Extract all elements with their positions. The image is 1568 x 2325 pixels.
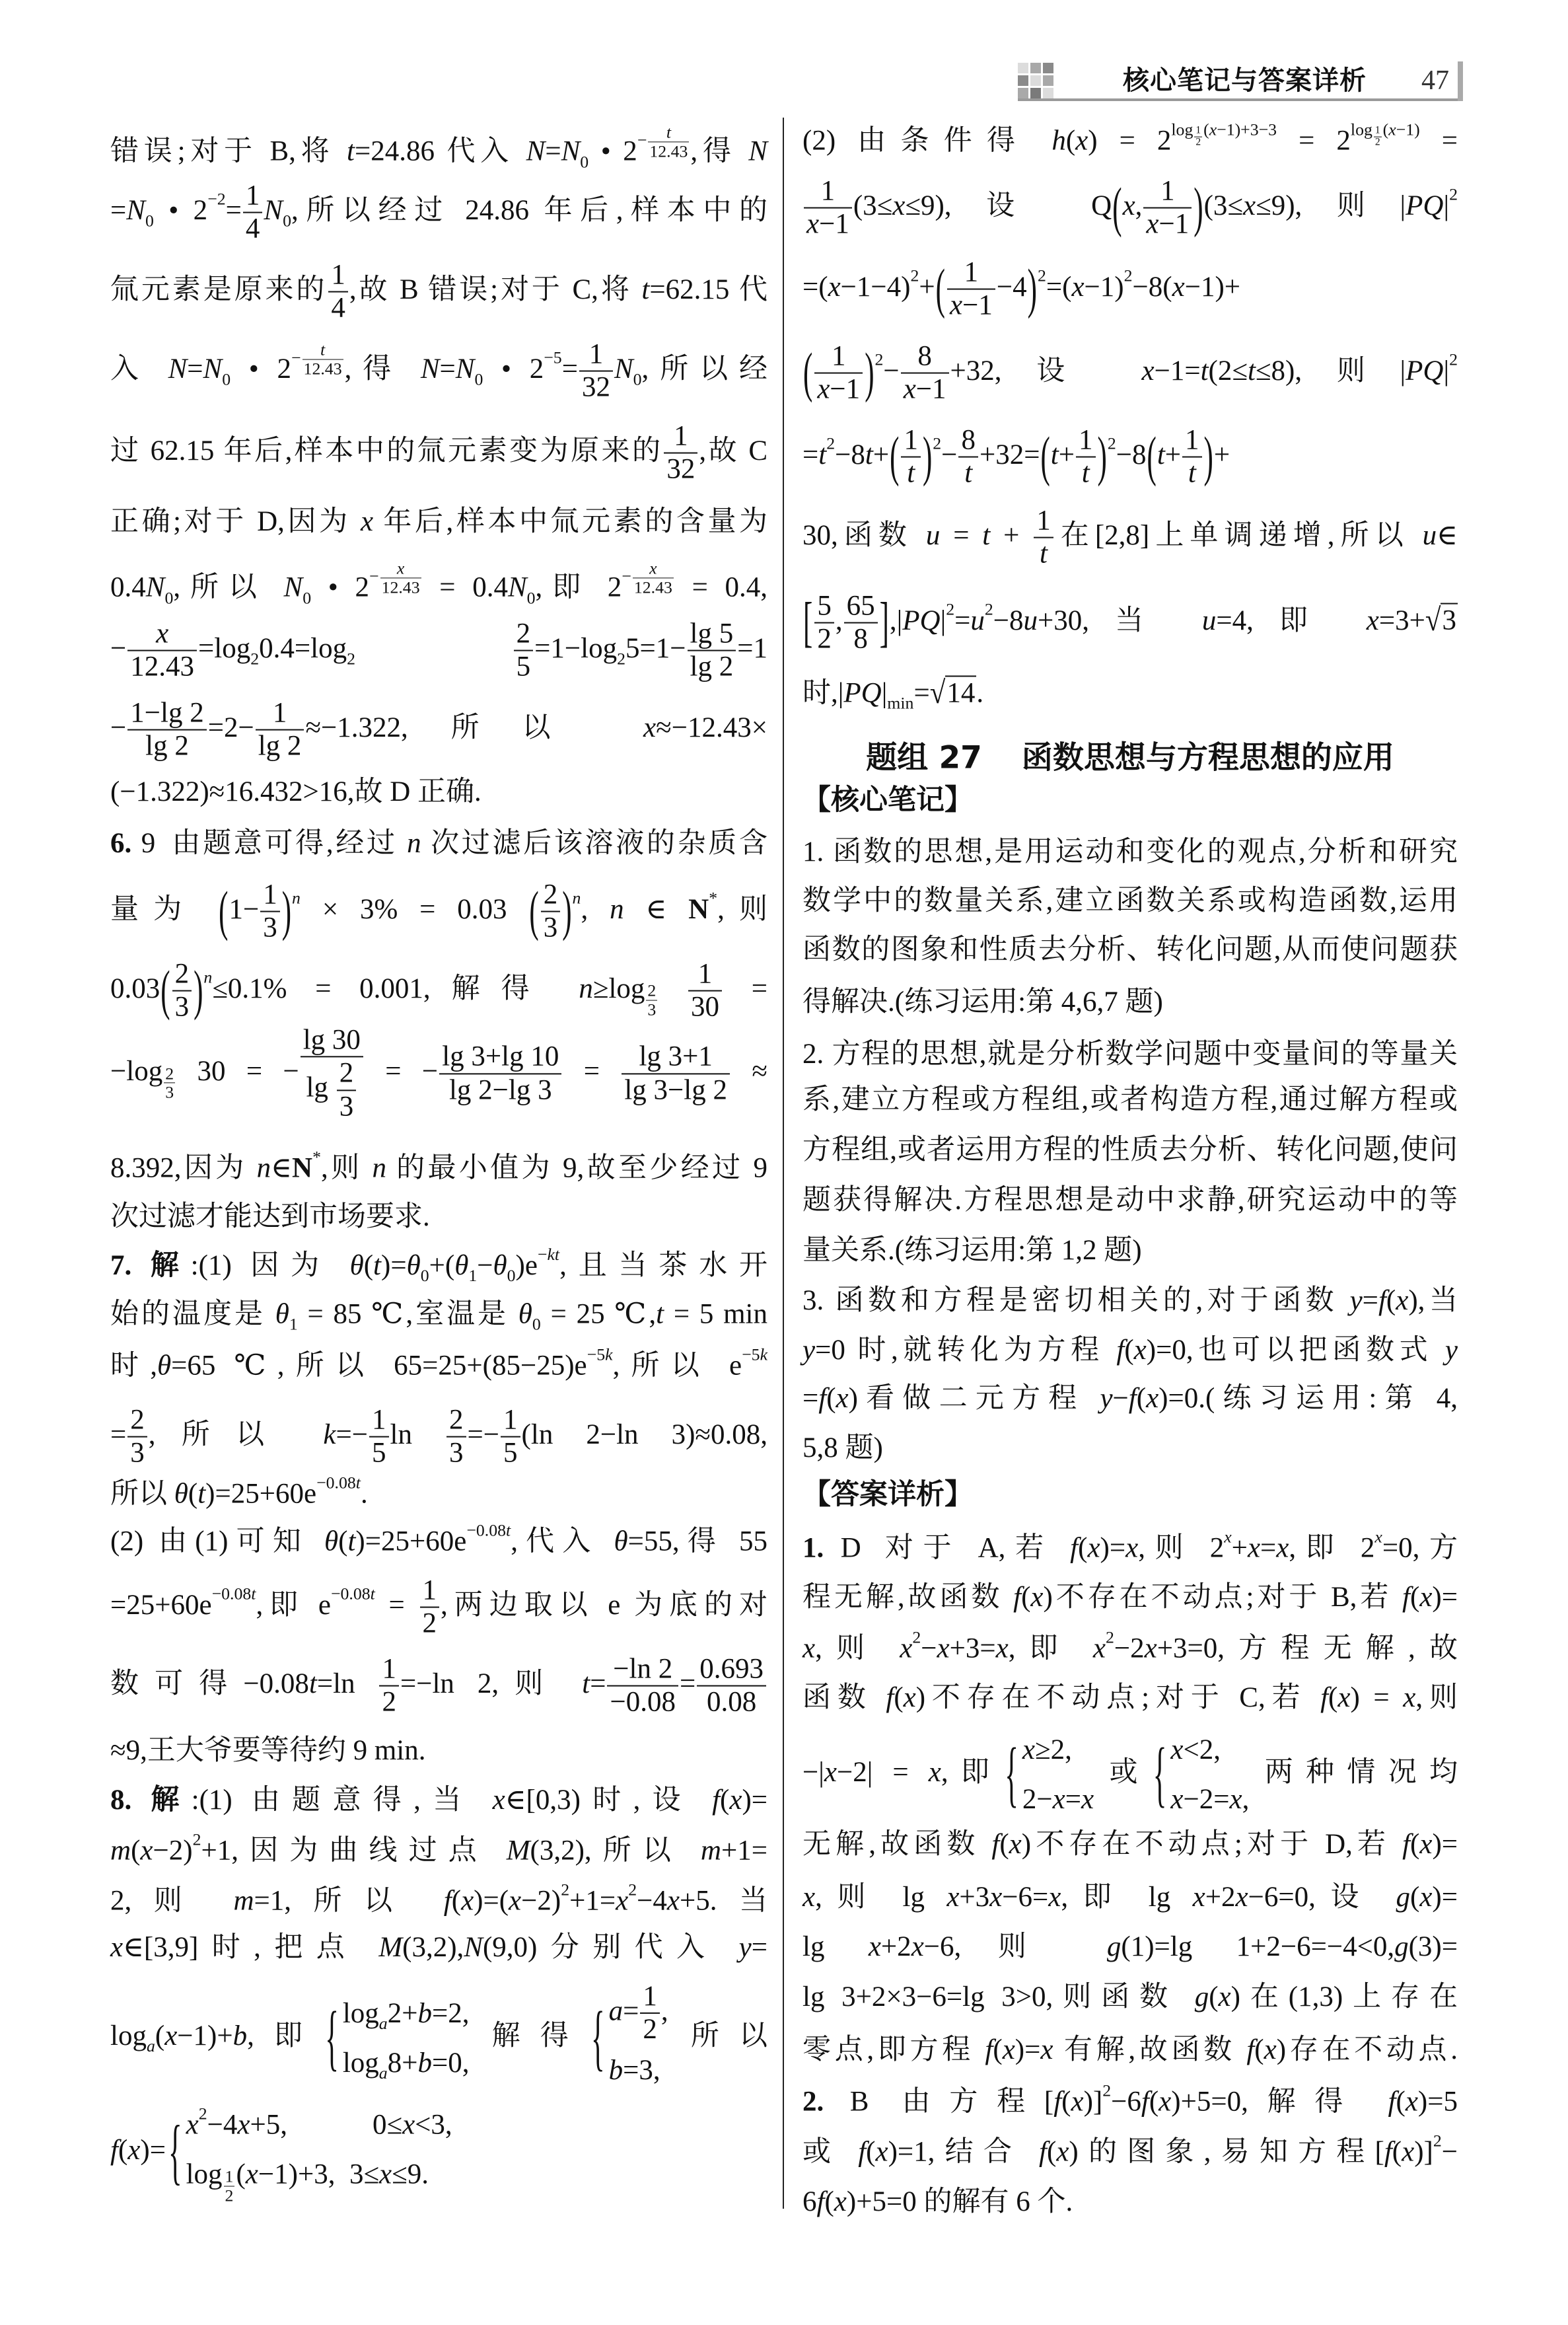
text-run: 5 [372, 1438, 386, 1469]
text-run: 2 [1433, 2131, 1442, 2151]
text-run: 量为 [110, 894, 218, 925]
text-run: 1 [964, 257, 979, 288]
radical-sign-icon [930, 673, 946, 713]
numerator: x [380, 559, 421, 578]
text-run: 2 [912, 1628, 921, 1647]
text-run: =62.15 代 [649, 274, 767, 305]
math-variable: x [1009, 1829, 1022, 1860]
numerator: 0.693 [697, 1654, 766, 1687]
text-run: =0, [432, 2048, 470, 2079]
large-delimiter: ) [923, 429, 932, 485]
text-run: lg 2 [145, 731, 189, 762]
text-run: −1)+ [1185, 272, 1240, 303]
subscript: 0 [164, 589, 173, 607]
text-line: 或 f(x)=1,结合 f(x)的图象,易知方程[f(x)]2− [802, 2133, 1458, 2170]
text-line: 无解,故函数 f(x)不存在不动点;对于 D,若 f(x)= [802, 1827, 1458, 1863]
text-run: lg 3−lg 2 [624, 1074, 727, 1105]
math-variable: m [701, 1835, 721, 1866]
denominator: 12.43 [303, 360, 343, 379]
text-line: 1x−1(3≤x≤9),设 Q(x,1x−1)(3≤x≤9),则|PQ|2 [802, 176, 1458, 240]
math-variable: x [817, 374, 830, 405]
text-run: )= [1432, 1882, 1458, 1913]
text-run: ( [338, 1526, 347, 1557]
denominator: x−1 [901, 374, 949, 405]
text-run: 数可得−0.08 [110, 1668, 309, 1699]
text-run: )e [516, 1250, 538, 1281]
denominator: 3 [127, 1438, 147, 1469]
numerator: 1 [328, 260, 348, 293]
text-run: −0.08 [610, 1687, 676, 1718]
math-variable: t [371, 1584, 375, 1604]
text-run: (9,0)分别代入 [483, 1932, 739, 1963]
math-variable: t [907, 458, 915, 489]
text-run: )=5 [1418, 2086, 1458, 2118]
text-run: ,所以 [149, 1419, 324, 1450]
text-run: +1= [569, 1886, 616, 1917]
text-run: )=( [474, 1886, 509, 1917]
math-variable: PQ [1406, 190, 1443, 221]
text-run: 2 [1195, 137, 1201, 148]
math-variable: n [579, 973, 593, 1004]
text-run: (1)=lg 1+2−6=−4<0, [1121, 1931, 1394, 1962]
math-variable: x [1022, 1734, 1035, 1765]
text-run: = [723, 973, 767, 1004]
large-delimiter: ) [282, 884, 291, 940]
denominator: x−1 [804, 209, 852, 240]
text-run: −1) [1396, 120, 1420, 139]
text-run: × 3% = 0.03 [301, 894, 528, 925]
text-run: 3. 函数和方程是密切相关的,对于函数 [802, 1285, 1350, 1316]
math-variable: a [379, 2063, 388, 2083]
text-run: = [954, 605, 970, 636]
text-line: =t2−8t+(1t)2−8t+32=(t+1t)2−8(t+1t)+ [802, 425, 1458, 490]
text-line: 6. 9 由题意可得,经过 n 次过滤后该溶液的杂质含 [110, 826, 767, 862]
text-run: lg 3+2×3−6=lg 3>0,则函数 [802, 1981, 1195, 2012]
text-run: 氚元素是原来的 [110, 274, 327, 305]
superscript: −5 [544, 350, 561, 367]
math-variable: t [356, 1473, 361, 1493]
superscript: * [312, 1149, 321, 1166]
text-run: ≈−12.43× [656, 712, 767, 743]
subscript: 1 [468, 1267, 477, 1284]
text-run: ,则 [1415, 1682, 1458, 1713]
math-variable: x [1146, 209, 1158, 240]
subscript: 0 [532, 1316, 541, 1333]
text-run: ∈[0,3)时,设 [505, 1785, 712, 1816]
math-variable: t [347, 1526, 355, 1557]
math-variable: x [127, 2135, 140, 2166]
text-run: =65 ℃,所以 65=25+(85−25)e [171, 1350, 587, 1382]
superscript: −kt [538, 1246, 559, 1263]
text-run: =4,即 [1216, 605, 1366, 636]
text-line: 系,建立方程或方程组,或者构造方程,通过解方程或 [802, 1082, 1458, 1118]
text-run: (ln 2−ln 3)≈0.08, [522, 1419, 767, 1450]
text-run: +1,因为曲线过点 [201, 1835, 506, 1866]
subscript: 0 [633, 371, 642, 388]
text-run: − [921, 1633, 937, 1664]
text-run: 函数 [802, 1682, 886, 1713]
denominator: 2 [640, 2014, 660, 2045]
text-run [659, 973, 687, 1004]
text-run: = 0.4, [675, 572, 767, 603]
superscript: * [709, 890, 717, 907]
math-variable: x [1209, 120, 1217, 139]
text-run: )=0.(练习运用:第 4, [1158, 1383, 1458, 1414]
text-run: 量关系.(练习运用:第 1,2 题) [802, 1235, 1142, 1266]
text-line: lg 3+2×3−6=lg 3>0,则函数 g(x)在(1,3)上存在 [802, 1979, 1458, 2015]
math-variable: f [1378, 1285, 1386, 1316]
math-variable: x [996, 1633, 1009, 1664]
fraction: 12 [640, 1981, 660, 2046]
math-variable: x [649, 558, 657, 577]
text-run: ( [1203, 120, 1209, 139]
math-variable: x [379, 2159, 392, 2190]
text-run: , [581, 894, 610, 925]
superscript: −x12.43 [622, 559, 675, 597]
text-run: 错误;对于 B,将 [110, 136, 347, 167]
text-run: 0 [633, 369, 642, 388]
text-run: 时,| [802, 677, 843, 708]
math-variable: k [605, 1345, 612, 1364]
math-variable: x [1219, 1981, 1231, 2012]
text-run: 函数的图象和性质去分析、转化问题,从而使问题获 [802, 934, 1458, 965]
math-variable: x [1170, 1784, 1183, 1815]
denominator: t [958, 458, 978, 489]
text-run: 32 [582, 372, 610, 403]
cases-row: a=12, [609, 1981, 668, 2046]
bold-label: N [688, 894, 709, 925]
text-line: −log23 30 = −lg 30lg 23 = −lg 3+lg 10lg … [110, 1025, 767, 1122]
math-variable: b [417, 1998, 432, 2029]
text-run: ,即 2 [1289, 1533, 1374, 1564]
text-run: 2,则 [110, 1886, 233, 1917]
text-run: , [836, 605, 843, 636]
numerator: x [127, 619, 197, 651]
text-run: 3 [1442, 605, 1456, 636]
text-run: ( [155, 2020, 164, 2051]
text-run: )= [742, 1785, 767, 1816]
numerator: 1 [243, 181, 263, 213]
text-line: x,则 x2−x+3=x,即 x2−2x+3=0,方程无解,故 [802, 1629, 1458, 1667]
superscript: x [1224, 1529, 1231, 1546]
text-run: 题获得解决.方程思想是动中求静,研究运动中的等 [802, 1185, 1458, 1216]
text-run: =1,所以 [254, 1886, 444, 1917]
text-run: log [110, 2020, 147, 2051]
text-run: 始的温度是 [110, 1298, 275, 1329]
text-run: −4 [207, 2110, 238, 2141]
math-variable: u [1024, 605, 1038, 636]
text-run: = [623, 1995, 639, 2026]
numerator: 1 [260, 880, 280, 912]
fraction: 12 [420, 1576, 440, 1640]
text-line: 时,θ=65 ℃,所以 65=25+(85−25)e−5k,所以 e−5k [110, 1347, 767, 1384]
text-run: ( [1021, 1582, 1030, 1613]
text-line: lg x+2x−6,则 g(1)=lg 1+2−6=−4<0,g(3)= [802, 1929, 1458, 1965]
math-variable: x [616, 1886, 628, 1917]
denominator: 12.43 [633, 578, 674, 597]
text-run: 12.43 [649, 141, 688, 161]
large-delimiter: ( [1112, 180, 1122, 236]
numerator: 1 [901, 425, 921, 458]
math-variable: y [1100, 1383, 1112, 1414]
denominator: lg 2 [127, 731, 206, 762]
math-variable: N [748, 136, 767, 167]
numerator: 1 [664, 422, 697, 454]
numerator: 2 [164, 1064, 175, 1084]
text-run: − [637, 131, 647, 150]
fraction: 23 [541, 880, 561, 944]
text-run: )+5=0,解得 [1171, 2086, 1388, 2118]
math-variable: n [610, 894, 624, 925]
text-run: ( [720, 1785, 729, 1816]
text-line: −1−lg 2lg 2=2−1lg 2≈−1.322,所以 x≈−12.43× [110, 698, 767, 762]
text-run: = [940, 520, 982, 551]
numerator: 2 [337, 1058, 357, 1091]
text-line: 正确;对于 D,因为 x 年后,样本中氚元素的含量为 [110, 504, 767, 540]
text-run: −6=0,设 [1248, 1882, 1396, 1913]
text-run: 2 [175, 959, 190, 990]
text-run: 8.392,因为 [110, 1153, 257, 1184]
fraction: 23 [172, 959, 192, 1023]
text-run: = [562, 353, 578, 385]
text-run: ) = [1350, 1682, 1403, 1713]
text-run: 1 [225, 2167, 234, 2186]
text-line: x,则 lg x+3x−6=x,即 lg x+2x−6=0,设 g(x)= [802, 1880, 1458, 1915]
text-run: 0 [145, 211, 154, 230]
numerator: 1 [420, 1576, 440, 1608]
large-delimiter: ( [219, 884, 228, 940]
text-run: = [590, 1668, 606, 1699]
text-run: 2 [423, 1608, 437, 1639]
text-run: 2 [382, 1687, 396, 1718]
math-variable: x [1040, 2034, 1053, 2065]
text-run: ( [993, 2034, 1002, 2065]
superscript: −2 [207, 191, 225, 208]
math-variable: f [1116, 1335, 1124, 1366]
text-run: 3 [544, 912, 558, 943]
text-run: 1 [1195, 125, 1201, 136]
math-variable: g [1396, 1882, 1410, 1913]
text-run: −4 [997, 272, 1027, 303]
text-run: 0 [474, 369, 483, 388]
text-run: lg 3+1 [639, 1041, 712, 1072]
text-run: 2 [250, 649, 259, 668]
cases-rows: x2−4x+5, 0≤x<3,log12(x−1)+3, 3≤x≤9. [186, 2100, 452, 2205]
numerator: lg 30 [301, 1025, 363, 1057]
text-run: • 2 [154, 195, 207, 226]
math-variable: y [802, 1335, 815, 1366]
text-line: 2. 方程的思想,就是分析数学问题中变量间的等量关 [802, 1037, 1458, 1072]
text-line: 0.4N0,所以 N0 • 2−x12.43 = 0.4N0,即 2−x12.4… [110, 559, 767, 606]
text-run: 0.03 [110, 973, 160, 1004]
text-run: 0.4=log [259, 633, 347, 664]
fraction: x12.43 [127, 619, 197, 683]
math-variable: a [609, 1995, 624, 2026]
text-run: ( [1254, 2034, 1264, 2065]
math-variable: x [828, 272, 841, 303]
text-run: 9 由题意可得,经过 [131, 828, 407, 859]
text-run: 无解,故函数 [802, 1829, 991, 1860]
math-variable: x [1056, 2137, 1069, 2168]
text-run: ( [1410, 1882, 1419, 1913]
text-run: 3 [130, 1438, 145, 1469]
text-run: 2 [1038, 266, 1046, 285]
text-run: −1 [830, 374, 860, 405]
text-run: | [1443, 355, 1449, 387]
math-variable: x [1146, 1383, 1158, 1414]
large-delimiter: ( [936, 262, 945, 317]
text-run: +2 [881, 1931, 911, 1962]
text-run: log [186, 2159, 223, 2190]
fraction: lg 30lg 23 [301, 1025, 363, 1122]
text-run: 5 [817, 591, 832, 622]
text-run: ( [131, 1835, 140, 1866]
text-line: 7. 解:(1) 因为 θ(t)=θ0+(θ1−θ0)e−kt,且当茶水开 [110, 1246, 767, 1284]
math-variable: x [1388, 120, 1396, 139]
math-variable: x [1224, 1528, 1231, 1547]
text-run: 的最小值为 9,故至少经过 9 [386, 1153, 767, 1184]
text-line: [52,658],|PQ|2=u2−8u+30,当 u=4,即 x=3+3 [802, 591, 1458, 655]
text-run: 2− [1022, 1784, 1053, 1815]
superscript: 2 [912, 1629, 921, 1646]
fraction: 14 [328, 260, 348, 324]
denominator: 2 [1194, 137, 1202, 149]
text-run: ( [1124, 1335, 1133, 1366]
numerator: 8 [958, 425, 978, 458]
text-line: 函数的图象和性质去分析、转化问题,从而使问题获 [802, 932, 1458, 968]
numerator: 1 [814, 342, 863, 374]
fraction: x12.43 [633, 559, 674, 597]
text-line: −|x−2| = x,即x≥2,2−x=x或x<2,x−2=x,两种情况均 [802, 1725, 1458, 1825]
text-line: ≈9,王大爷要等待约 9 min. [110, 1733, 767, 1769]
text-run: 2 [347, 649, 355, 668]
subscript: a [147, 2038, 155, 2055]
text-run: =( [1046, 272, 1072, 303]
subsection-heading: 【答案详析】 [802, 1478, 973, 1511]
text-run: 2 [1108, 434, 1116, 453]
superscript: 2 [1433, 2133, 1442, 2150]
fraction: 15 [369, 1405, 389, 1469]
math-variable: x [989, 1882, 1002, 1913]
text-run: 1 [503, 1405, 518, 1436]
text-run: 1 [589, 339, 604, 370]
text-run: 2 [339, 1058, 354, 1089]
math-variable: f [1388, 2086, 1396, 2118]
text-run: ,| [890, 605, 902, 636]
superscript: −0.08t [316, 1475, 361, 1492]
denominator: 4 [328, 293, 348, 324]
text-run [355, 633, 513, 664]
fraction: 1t [1076, 425, 1096, 490]
text-run: 2 [933, 434, 941, 453]
numerator: 1 [379, 1654, 399, 1687]
math-variable: f [858, 2137, 866, 2168]
text-run: − [941, 439, 957, 470]
text-run: 或 [1096, 1757, 1151, 1788]
text-run: = [187, 353, 203, 385]
text-run: ( [894, 1682, 903, 1713]
text-run: ( [824, 2186, 834, 2217]
text-run: ( [1396, 2086, 1406, 2118]
text-run: • 2 [311, 572, 369, 603]
fraction: 1t [901, 425, 921, 490]
cases-row: loga8+b=0, [343, 2038, 470, 2088]
text-run: ,所以 [173, 572, 283, 603]
text-run: ,即 e [256, 1590, 330, 1621]
text-run: ,所以经过 24.86 年后,样本中的 [291, 195, 767, 226]
fraction: 132 [664, 422, 697, 486]
math-variable: N [561, 136, 581, 167]
fraction: 12 [379, 1654, 399, 1718]
text-run: 5 [503, 1438, 518, 1469]
denominator: 12.43 [127, 651, 197, 683]
math-variable: u [1202, 605, 1217, 636]
large-delimiter: ( [160, 963, 170, 1019]
denominator: −0.08 [607, 1687, 678, 1718]
math-variable: x [667, 1886, 680, 1917]
header-side-bar [1458, 61, 1463, 101]
text-run: 1 [1375, 125, 1380, 136]
text-run: +2 [1205, 1882, 1236, 1913]
text-line: 氚元素是原来的14,故 B 错误;对于 C,将 t=62.15 代 [110, 260, 767, 324]
math-variable: x [140, 1835, 153, 1866]
text-run: ∈[3,9]时,把点 [123, 1932, 378, 1963]
denominator: 32 [579, 372, 613, 403]
large-delimiter: ( [890, 429, 899, 485]
text-run: +5, 0≤ [250, 2110, 402, 2141]
math-variable: x [1235, 1882, 1248, 1913]
text-line: y=0 时,就转化为方程 f(x)=0,也可以把函数式 y [802, 1333, 1458, 1368]
cases-row: log12(x−1)+3, 3≤x≤9. [186, 2150, 429, 2205]
text-run: lg 5 [690, 618, 734, 649]
text-run: 1 [331, 260, 345, 291]
text-run: 1−lg 2 [130, 698, 203, 729]
math-variable: y [1445, 1335, 1458, 1366]
math-variable: x [1123, 190, 1135, 221]
text-run: +3= [950, 1633, 996, 1664]
math-variable: x [1158, 2086, 1171, 2118]
text-run: | [941, 605, 946, 636]
text-run: ,即 [1009, 1633, 1093, 1664]
large-delimiter: ( [803, 346, 812, 401]
math-variable: x [946, 1882, 959, 1913]
text-run: ,故 B 错误;对于 C,将 [349, 274, 642, 305]
denominator: 30 [688, 992, 722, 1023]
math-variable: N [614, 353, 633, 385]
numerator: lg 5 [688, 619, 736, 651]
math-variable: x [834, 2186, 847, 2217]
superscript: 2 [933, 435, 941, 453]
text-line: 量为 (1−13)n × 3% = 0.03 (23)n, n ∈ N*,则 [110, 880, 767, 944]
text-line: 2. B 由方程[f(x)]2−6f(x)+5=0,解得 f(x)=5 [802, 2083, 1458, 2120]
math-variable: f [1013, 1582, 1021, 1613]
text-run: 3 [165, 1083, 174, 1102]
text-run: ≤9. [392, 2159, 429, 2190]
math-variable: m [110, 1835, 131, 1866]
fraction: 23 [446, 1405, 466, 1469]
large-delimiter: ) [1098, 429, 1107, 485]
math-variable: x [911, 1931, 924, 1962]
text-run: =3, [623, 2055, 660, 2086]
math-variable: x [1419, 1882, 1432, 1913]
cases-row: x2−4x+5, 0≤x<3, [186, 2100, 452, 2150]
text-run: . [361, 1479, 368, 1510]
math-variable: x [1087, 1533, 1100, 1564]
superscript: −0.08t [466, 1522, 511, 1539]
superscript: −5k [587, 1347, 613, 1364]
fraction: 12 [1194, 126, 1202, 148]
math-variable: t [1201, 355, 1209, 387]
